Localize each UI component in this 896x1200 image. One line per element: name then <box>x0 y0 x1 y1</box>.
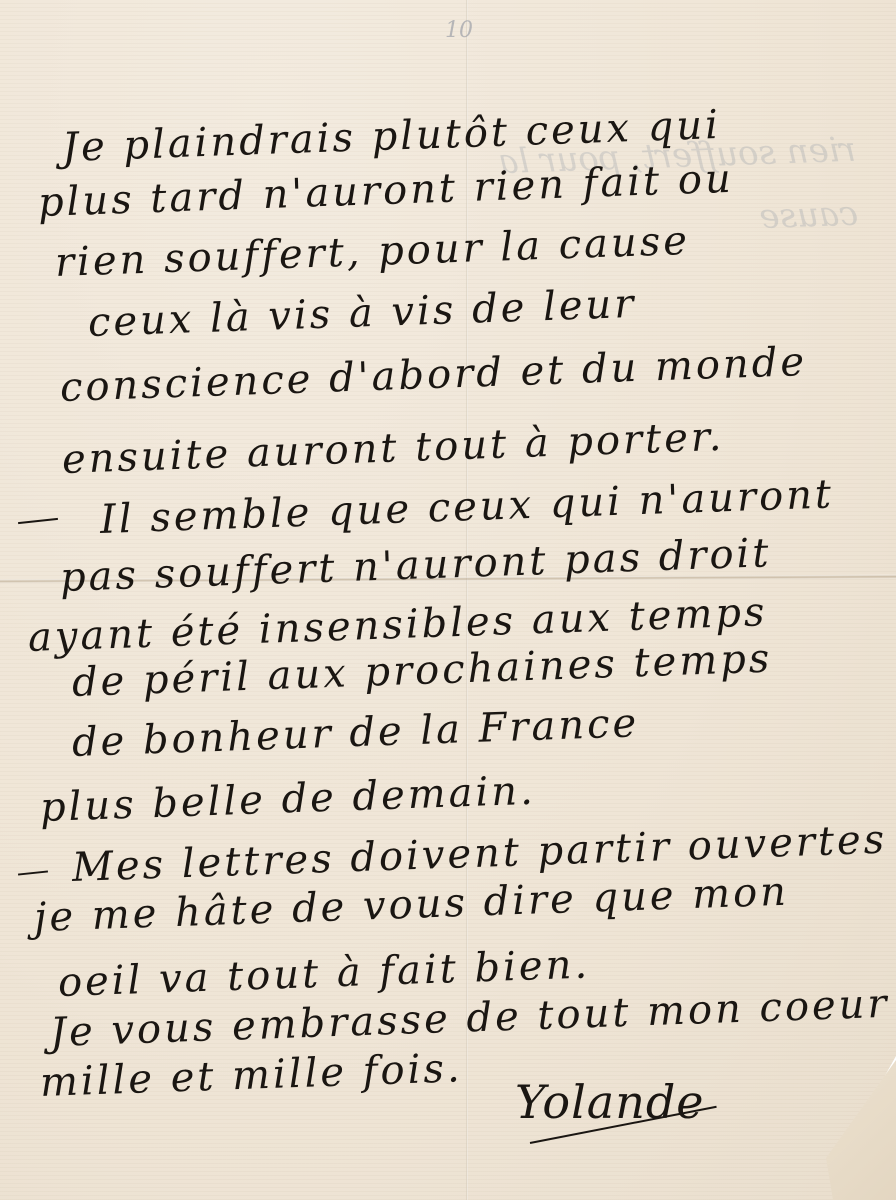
dash-mark <box>18 518 58 524</box>
letter-line: mille et mille fois. <box>39 1045 463 1106</box>
signature: Yolande <box>515 1075 705 1129</box>
letter-line: ensuite auront tout à porter. <box>61 414 725 483</box>
letter-line: de bonheur de la France <box>71 700 640 766</box>
letter-line: ceux là vis à vis de leur <box>87 281 637 346</box>
letter-line: plus belle de demain. <box>39 768 536 831</box>
letter-line: rien souffert, pour la cause <box>54 218 690 286</box>
letter-line: conscience d'abord et du monde <box>59 339 808 411</box>
dash-mark <box>18 870 48 875</box>
letter-page: 10 rien souffert, pour la cause Je plain… <box>0 0 896 1200</box>
letter-line: pas souffert n'auront pas droit <box>59 530 772 601</box>
letter-body: Je plaindrais plutôt ceux qui plus tard … <box>0 0 896 1200</box>
